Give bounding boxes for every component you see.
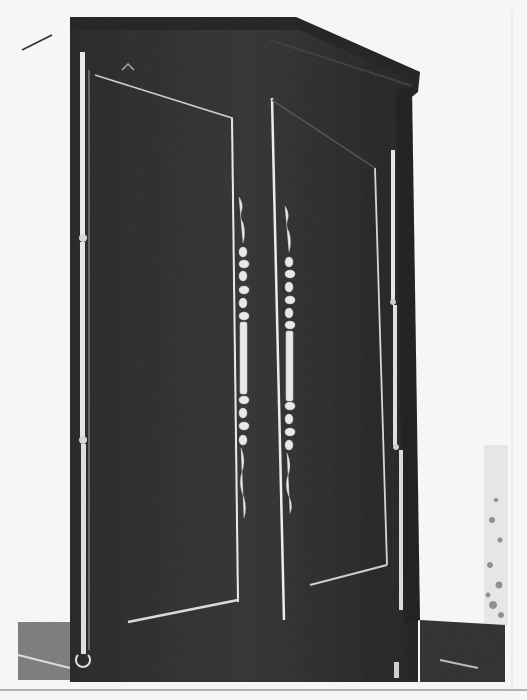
armoire-foot [394,662,399,678]
hinge-bar-bottom [81,444,86,654]
floor-left [18,622,70,680]
hinge-bar-top [80,52,85,237]
floor-right [420,620,505,682]
scanned-photo: Antique two-door armoire with carved spi… [0,0,527,700]
hinge-bar-bottom [399,450,403,610]
wallpaper-right [484,445,508,625]
hinge-bar-top [391,150,395,300]
hinge-bar-middle [393,305,397,445]
armoire-illustration [0,0,527,700]
hinge-bar-middle [80,242,85,437]
